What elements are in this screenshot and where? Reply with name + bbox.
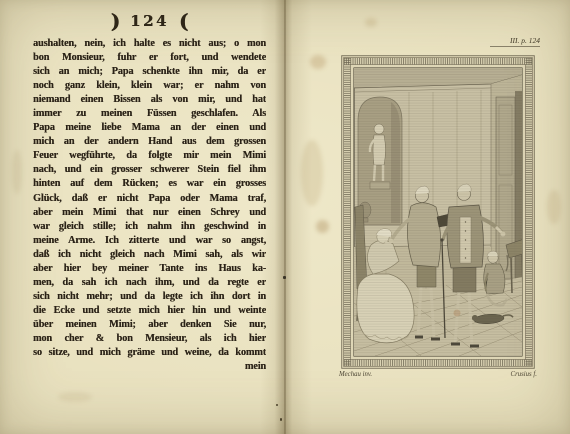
text-line: meine Arme. Ich zitterte und war so angs…	[33, 234, 266, 248]
text-line: mich an der andern Hand aus dem grossen	[33, 135, 266, 149]
running-head: )124(	[33, 9, 266, 33]
engraved-scene	[354, 68, 526, 356]
foxing-spot	[547, 190, 561, 224]
text-line: daß ich nicht gleich nach Mimi sah, als …	[33, 248, 266, 262]
foxing-spot	[12, 150, 22, 194]
text-line: bon Monsieur, fuhr er fort, und wendete	[33, 51, 266, 65]
engraver-credit: Crusius f.	[455, 371, 537, 378]
text-line: nach, und ein grosser schwerer Stein fie…	[33, 163, 266, 177]
text-line: men, da sah ich nach ihm, und da regte e…	[33, 276, 266, 290]
foxing-spot	[310, 55, 326, 69]
plate-reference: III. p. 124	[490, 36, 540, 47]
text-line: so sitze, und mich gräme und weine, da k…	[33, 346, 266, 360]
text-line: über meinen Mimi; aber denken Sie nur,	[33, 318, 266, 332]
catchword: mein	[33, 360, 266, 374]
text-line: die Ecke und setzte mich hier hin und we…	[33, 304, 266, 318]
text-line: immer zu meinen Füssen geschlafen. Als	[33, 107, 266, 121]
text-line: mon cher & bon Mensieur, als ich hier	[33, 332, 266, 346]
text-line: aber hier bey meiner Tante ins Haus ka-	[33, 262, 266, 276]
text-line: Papa meine liebe Mama an der einen und	[33, 121, 266, 135]
foxing-spot	[301, 140, 323, 206]
engraving-plate	[341, 55, 535, 369]
text-line: niemand einen Bissen als von mir, und ha…	[33, 93, 266, 107]
page-number: 124	[130, 12, 169, 30]
text-line: aber mein Mimi that nur einen Schrey und	[33, 206, 266, 220]
text-line: sich an mich; Papa schenkte ihn mir, da …	[33, 65, 266, 79]
body-text: aushalten, nein, ich halte es nicht aus;…	[33, 37, 266, 374]
text-line: hinten auf dem Rücken; es war ein grosse…	[33, 177, 266, 191]
foxing-spot	[58, 392, 92, 402]
foxing-spot	[365, 18, 377, 27]
text-line: war gleich stille; ich nahm ihn geschwin…	[33, 220, 266, 234]
text-line: aushalten, nein, ich halte es nicht aus;…	[33, 37, 266, 51]
text-line: Feuer wegführte, da folgte mir mein Mimi	[33, 149, 266, 163]
text-line: sich nicht mehr; und da legte ich ihn do…	[33, 290, 266, 304]
etch-texture	[354, 68, 522, 356]
designer-credit: Mechau inv.	[339, 371, 372, 378]
text-line: Glück, daß er nicht Papa oder Mama traf,	[33, 192, 266, 206]
head-left-bracket: )	[101, 9, 130, 33]
engraving-illustration	[341, 55, 535, 369]
right-page: III. p. 124	[285, 0, 570, 434]
foxing-spot	[316, 220, 329, 233]
text-line: noch ganz klein, klein war; er nahm von	[33, 79, 266, 93]
left-page: )124( aushalten, nein, ich halte es nich…	[0, 0, 285, 434]
book-spread: )124( aushalten, nein, ich halte es nich…	[0, 0, 570, 434]
head-right-bracket: (	[169, 9, 198, 33]
